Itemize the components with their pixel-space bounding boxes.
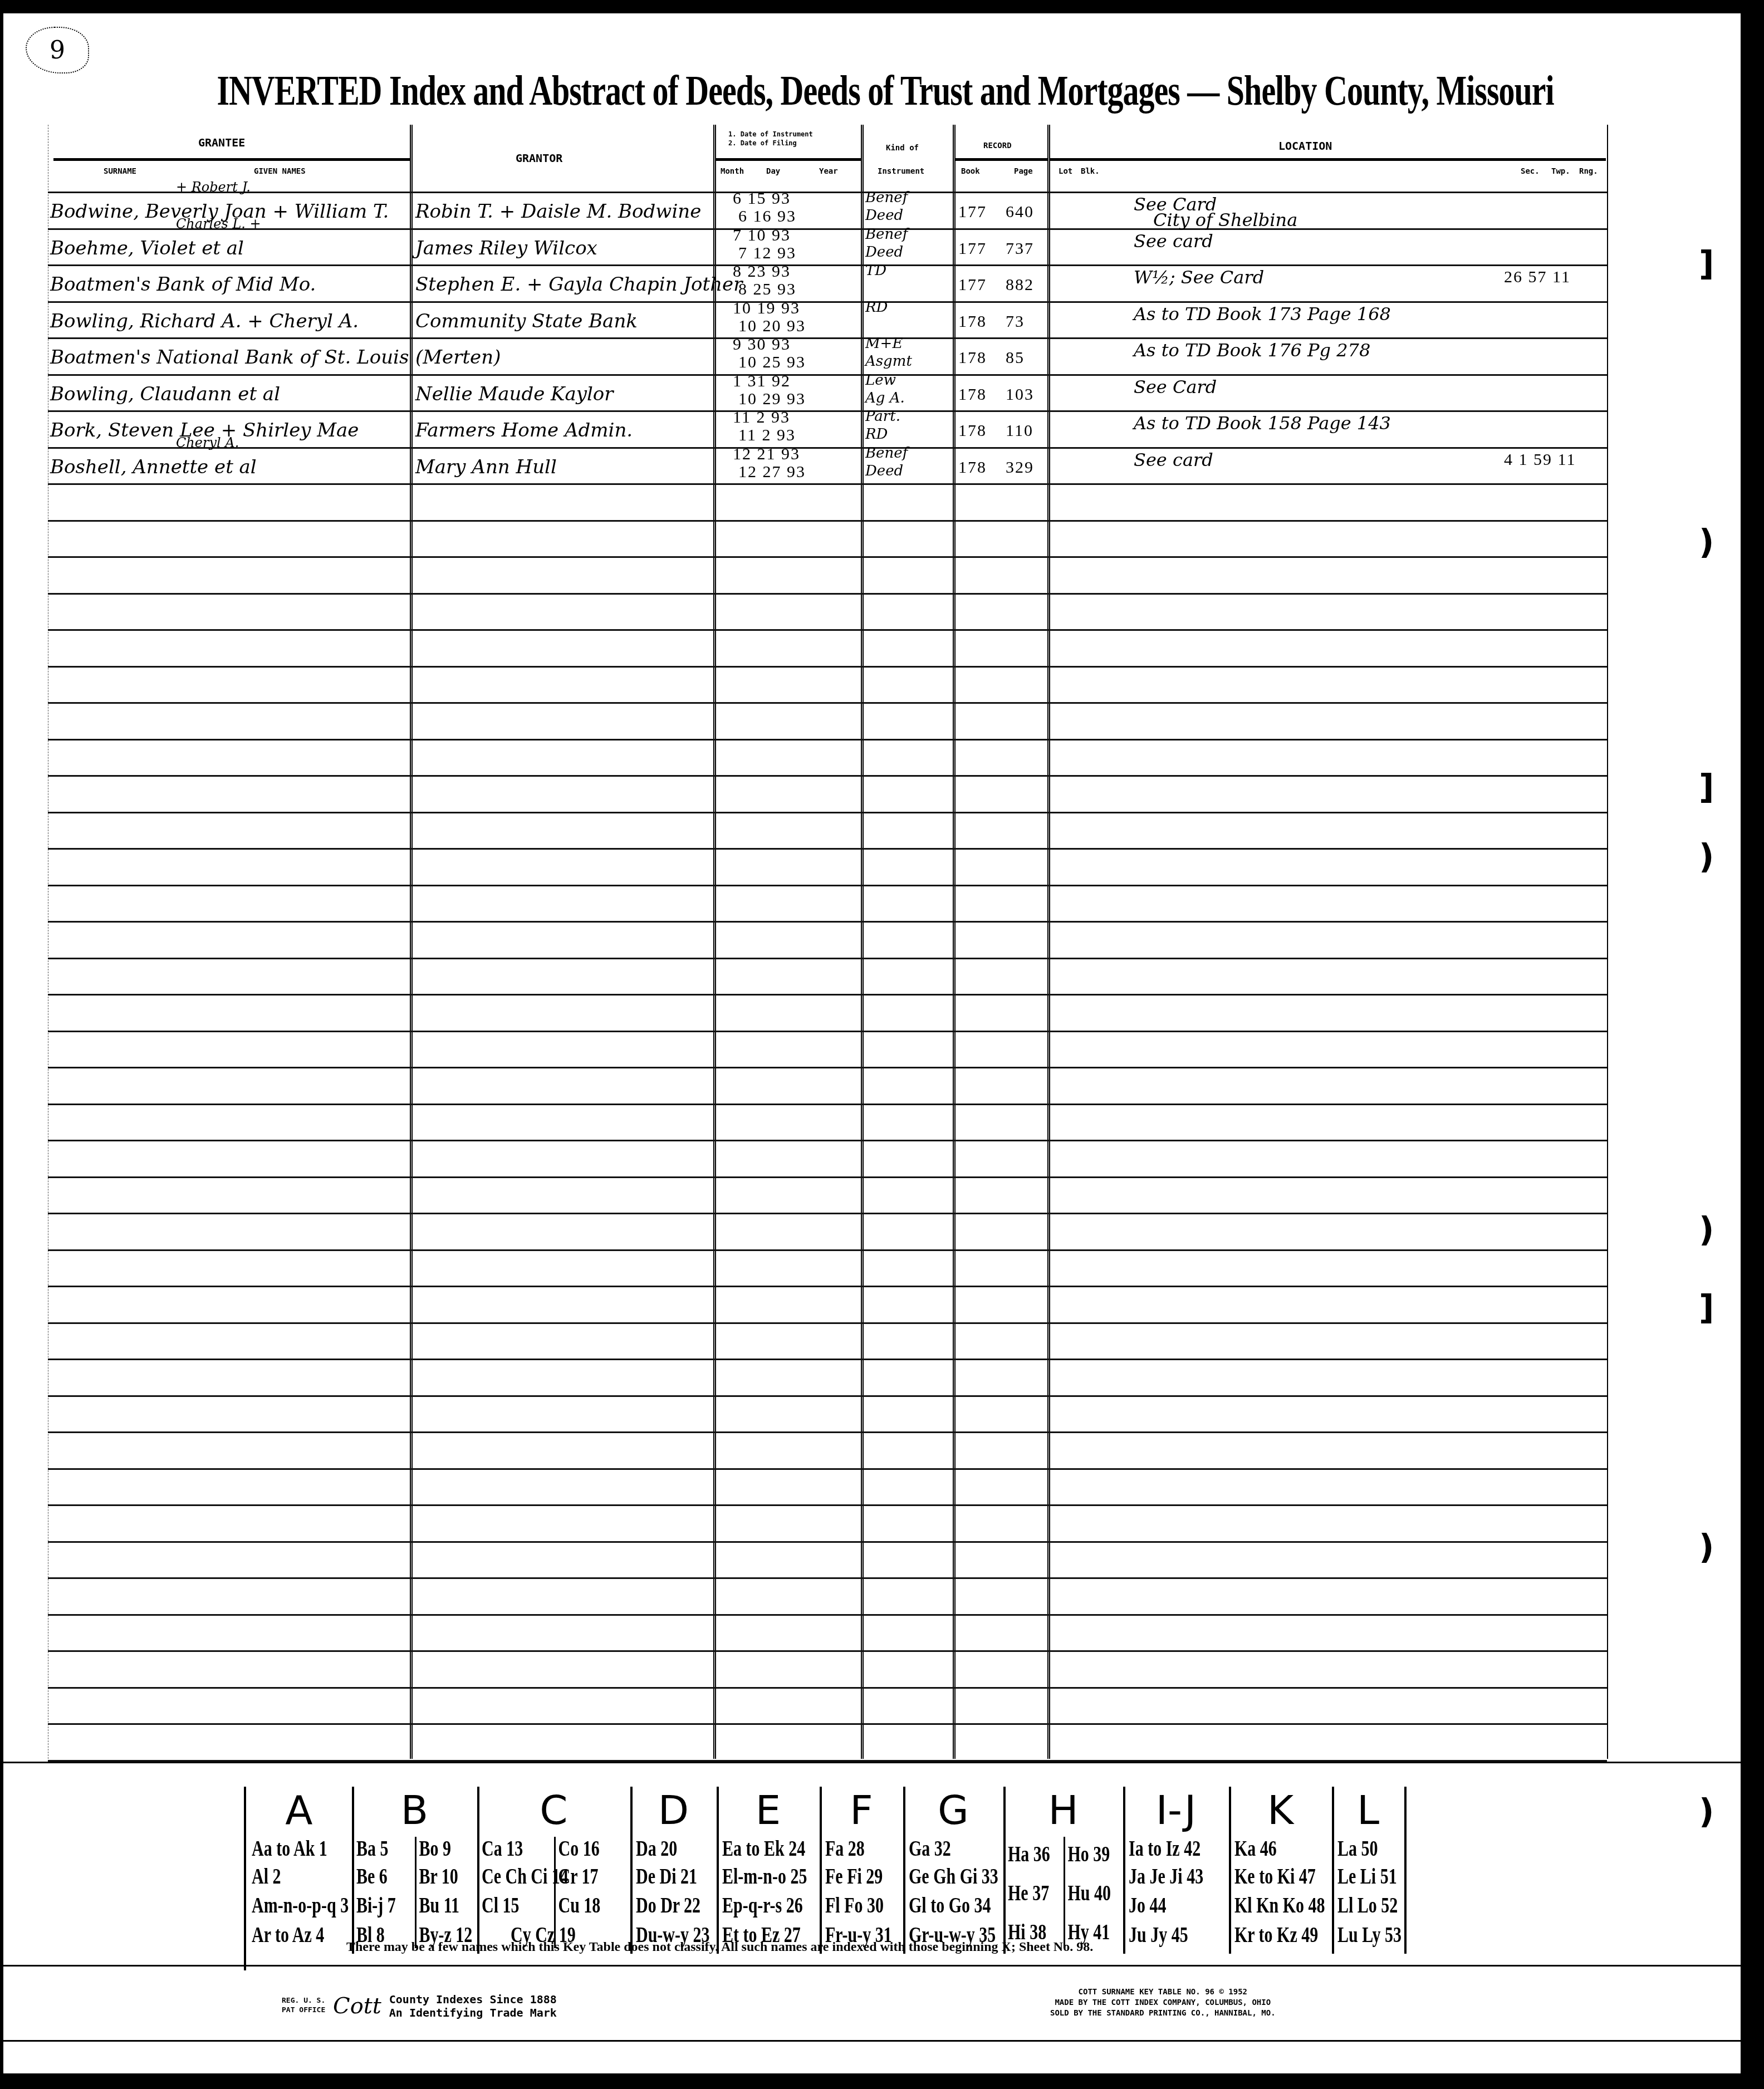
grantee-name: Bowling, Claudann et al (50, 383, 280, 405)
entry-row[interactable]: Cheryl A.Boshell, Annette et alMary Ann … (48, 447, 1607, 484)
margin-paren-mark: ) (1699, 1210, 1714, 1249)
kind-of-instrument-line2: Asgmt (865, 353, 912, 370)
location-description: See card (1134, 231, 1213, 252)
key-entry: Ja Je Ji 43 (1129, 1865, 1203, 1889)
row-rule (48, 921, 1607, 923)
key-entry: Lu Ly 53 (1337, 1923, 1402, 1948)
key-entry: Ll Lo 52 (1337, 1894, 1398, 1918)
location-description: As to TD Book 158 Page 143 (1134, 413, 1391, 434)
key-column: GGa 32Ge Gh Gi 33Gl to Go 34Gr-u-w-y 35 (903, 1787, 1006, 1954)
header-date-line2: 2. Date of Filing (728, 139, 797, 147)
publisher-line3: SOLD BY THE STANDARD PRINTING CO., HANNI… (1050, 2008, 1276, 2019)
record-book: 177 (958, 203, 987, 222)
record-page: 85 (1006, 349, 1025, 367)
row-rule (48, 1431, 1607, 1433)
key-entry: Cl 15 (482, 1894, 520, 1918)
key-entry: La 50 (1337, 1837, 1378, 1861)
margin-paren-mark: ) (1699, 837, 1714, 876)
header-grantee: GRANTEE (198, 136, 245, 149)
row-rule (48, 775, 1607, 777)
key-letter: B (352, 1787, 477, 1833)
date-of-instrument: 8 23 93 (733, 262, 791, 281)
record-page: 737 (1006, 239, 1034, 258)
page-bottom-rule (3, 2040, 1741, 2042)
key-entry: Hu 40 (1068, 1881, 1111, 1906)
date-of-filing: 12 27 93 (738, 463, 806, 482)
record-page: 640 (1006, 203, 1034, 222)
key-subdivider (415, 1837, 416, 1948)
key-entry: Ge Gh Gi 33 (909, 1865, 998, 1889)
key-letter: K (1229, 1787, 1332, 1833)
key-letter: E (717, 1787, 820, 1833)
row-rule (48, 1359, 1607, 1360)
margin-paren-mark: ) (1699, 1792, 1714, 1831)
key-entry: Ju Jy 45 (1129, 1923, 1188, 1948)
grantee-header-rule (53, 158, 410, 161)
trademark-line2: An Identifying Trade Mark (389, 2006, 557, 2019)
location-description: W½; See Card (1134, 267, 1264, 288)
ledger-table: GRANTEE SURNAME GIVEN NAMES GRANTOR 1. D… (48, 125, 1607, 1759)
key-entry: Bo 9 (419, 1837, 452, 1861)
header-grantor: GRANTOR (516, 151, 562, 165)
row-rule (48, 1322, 1607, 1324)
key-table-note: There may be a few names which this Key … (346, 1940, 1093, 1955)
row-rule (48, 885, 1607, 886)
grantor-name: Stephen E. + Gayla Chapin Jother (415, 273, 742, 296)
row-rule (48, 593, 1607, 595)
kind-of-instrument: RD (865, 299, 888, 316)
key-entry: Aa to Ak 1 (252, 1837, 327, 1861)
date-of-instrument: 7 10 93 (733, 226, 791, 245)
key-column: DDa 20De Di 21Do Dr 22Du-w-y 23 (630, 1787, 719, 1954)
key-entry: Ho 39 (1068, 1842, 1110, 1867)
grantor-name: (Merten) (415, 346, 501, 369)
row-rule (48, 1176, 1607, 1178)
reg-line1: REG. U. S. (282, 1997, 325, 2005)
key-entry: Kr to Kz 49 (1234, 1923, 1318, 1948)
key-column: LLa 50Le Li 51Ll Lo 52Lu Ly 53 (1332, 1787, 1407, 1954)
row-rule (48, 1249, 1607, 1251)
date-of-instrument: 10 19 93 (733, 299, 800, 318)
key-entry: Bu 11 (419, 1894, 460, 1918)
row-rule (48, 1577, 1607, 1579)
key-entry: Ca 13 (482, 1837, 523, 1861)
grantor-name: Community State Bank (415, 310, 638, 332)
date-of-instrument: 1 31 92 (733, 372, 791, 391)
row-rule (48, 1614, 1607, 1616)
key-entry: Fl Fo 30 (825, 1894, 884, 1918)
reg-line2: PAT OFFICE (282, 2006, 325, 2014)
key-column: I-JIa to Iz 42Ja Je Ji 43Jo 44Ju Jy 45 (1123, 1787, 1231, 1954)
margin-bracket-mark: ] (1699, 244, 1714, 283)
kind-of-instrument: Benef (865, 189, 908, 206)
header-month: Month (721, 167, 744, 176)
date-of-instrument: 9 30 93 (733, 335, 791, 354)
publisher-line1: COTT SURNAME KEY TABLE NO. 96 © 1952 (1050, 1987, 1276, 1998)
record-book: 177 (958, 239, 987, 258)
header-record: RECORD (983, 141, 1012, 150)
key-entry: Ha 36 (1008, 1842, 1050, 1867)
row-rule (48, 1031, 1607, 1032)
key-entry: Ea to Ek 24 (722, 1837, 805, 1861)
scan-edge-right (1742, 0, 1764, 2089)
key-column: AAa to Ak 1Al 2Am-n-o-p-q 3Ar to Az 4 (246, 1787, 354, 1954)
kind-of-instrument: Part. (865, 408, 900, 425)
border-right (1607, 125, 1608, 1759)
key-entry: Ia to Iz 42 (1129, 1837, 1200, 1861)
key-entry: Fe Fi 29 (825, 1865, 883, 1889)
key-column: KKa 46Ke to Ki 47Kl Kn Ko 48Kr to Kz 49 (1229, 1787, 1334, 1954)
row-rule (48, 1213, 1607, 1214)
entry-row[interactable]: Bowling, Richard A. + Cheryl A.Community… (48, 301, 1607, 338)
trademark-line1: County Indexes Since 1888 (389, 1993, 557, 2006)
record-book: 178 (958, 421, 987, 440)
header-sec: Sec. (1521, 167, 1540, 176)
key-entry: Ba 5 (356, 1837, 389, 1861)
key-column: CCa 13Ce Ch Ci 14Cl 15Co 16Cr 17Cu 18Cy … (477, 1787, 633, 1954)
key-column: HHa 36He 37Hi 38Ho 39Hu 40Hy 41 (1003, 1787, 1125, 1954)
header-year: Year (819, 167, 838, 176)
key-entry: Le Li 51 (1337, 1865, 1397, 1889)
header-day: Day (766, 167, 780, 176)
header-book: Book (961, 167, 980, 176)
surname-key-table: AAa to Ak 1Al 2Am-n-o-p-q 3Ar to Az 4BBa… (244, 1787, 1404, 1970)
key-entry: De Di 21 (636, 1865, 697, 1889)
row-rule (48, 1286, 1607, 1287)
date-of-filing: 6 16 93 (738, 207, 796, 226)
kind-of-instrument: M+E (865, 335, 903, 352)
record-book: 178 (958, 385, 987, 404)
row-rule (48, 1140, 1607, 1141)
margin-paren-mark: ) (1699, 523, 1714, 562)
header-rng: Rng. (1579, 167, 1598, 176)
grantor-name: Mary Ann Hull (415, 456, 557, 478)
record-page: 103 (1006, 385, 1034, 404)
grantee-annotation: Charles L. + (176, 216, 261, 232)
key-entry: Br 10 (419, 1865, 458, 1889)
key-entry: Ke to Ki 47 (1234, 1865, 1316, 1889)
key-entry: El-m-n-o 25 (722, 1865, 807, 1889)
row-rule (48, 666, 1607, 668)
date-of-filing: 10 20 93 (738, 317, 806, 336)
key-entry: Do Dr 22 (636, 1894, 700, 1918)
entry-row[interactable]: Charles L. +Boehme, Violet et alJames Ri… (48, 228, 1607, 265)
header-blk: Blk. (1081, 167, 1100, 176)
key-entry: Ga 32 (909, 1837, 951, 1861)
key-letter: I-J (1123, 1787, 1229, 1833)
date-header-rule (715, 158, 861, 161)
row-rule (48, 1650, 1607, 1652)
location-description: See Card (1134, 376, 1217, 398)
record-book: 178 (958, 458, 987, 477)
grantee-annotation: Cheryl A. (176, 435, 239, 450)
row-rule (48, 1687, 1607, 1689)
title-rest: Index and Abstract of Deeds, Deeds of Tr… (389, 67, 1554, 114)
kind-of-instrument-line2: Ag A. (865, 390, 905, 406)
record-book: 178 (958, 349, 987, 367)
key-column: FFa 28Fe Fi 29Fl Fo 30Fr-u-y 31 (820, 1787, 905, 1954)
key-entry: Cr 17 (558, 1865, 599, 1889)
row-rule (48, 556, 1607, 558)
row-rule (48, 1468, 1607, 1470)
row-rule (48, 629, 1607, 631)
key-entry: Be 6 (356, 1865, 388, 1889)
key-entry: Cu 18 (558, 1894, 601, 1918)
entry-row[interactable]: Bowling, Claudann et alNellie Maude Kayl… (48, 374, 1607, 411)
header-page: Page (1014, 167, 1033, 176)
record-book: 178 (958, 312, 987, 331)
margin-bracket-mark: ] (1699, 768, 1714, 807)
date-of-filing: 11 2 93 (738, 426, 796, 445)
location-description: See card (1134, 449, 1213, 470)
grantor-name: Farmers Home Admin. (415, 419, 633, 442)
margin-paren-mark: ) (1699, 1528, 1714, 1567)
page-title: INVERTED Index and Abstract of Deeds, De… (78, 66, 1693, 115)
header-lot: Lot (1059, 167, 1072, 176)
date-of-filing: 10 25 93 (738, 353, 806, 372)
key-letter: D (630, 1787, 717, 1833)
row-rule (48, 1723, 1607, 1725)
grantee-annotation: + Robert J. (176, 179, 251, 195)
record-page: 882 (1006, 276, 1034, 295)
sec-twp-rng: 4 1 59 11 (1504, 450, 1576, 469)
entry-row[interactable]: Boatmen's Bank of Mid Mo.Stephen E. + Ga… (48, 264, 1607, 301)
header-kind-line2: Instrument (878, 167, 924, 176)
sec-twp-rng: 26 57 11 (1504, 268, 1571, 287)
kind-of-instrument: Lew (865, 372, 896, 389)
row-rule (48, 739, 1607, 741)
date-of-filing: 10 29 93 (738, 390, 806, 409)
row-rule (48, 848, 1607, 850)
key-column: BBa 5Be 6Bi-j 7Bl 8Bo 9Br 10Bu 11By-z 12 (352, 1787, 479, 1954)
key-entry: Jo 44 (1129, 1894, 1167, 1918)
kind-of-instrument-line2: RD (865, 426, 888, 443)
table-bottom-rule (3, 1762, 1741, 1763)
kind-of-instrument-line2: Deed (865, 244, 903, 261)
grantor-name: Nellie Maude Kaylor (415, 383, 614, 405)
grantor-name: Robin T. + Daisle M. Bodwine (415, 200, 701, 223)
key-letter: H (1003, 1787, 1123, 1833)
footer-publisher: COTT SURNAME KEY TABLE NO. 96 © 1952 MAD… (1050, 1987, 1276, 2019)
date-of-filing: 7 12 93 (738, 244, 796, 263)
cott-signature-logo: Cott (333, 1993, 381, 2019)
date-of-instrument: 11 2 93 (733, 408, 790, 427)
grantee-name: Boatmen's Bank of Mid Mo. (50, 273, 316, 296)
row-rule (48, 994, 1607, 996)
row-rule (48, 958, 1607, 959)
footer-trademark: REG. U. S. PAT OFFICE Cott County Indexe… (282, 1993, 557, 2019)
entry-row[interactable]: Boatmen's National Bank of St. Louis(Mer… (48, 337, 1607, 374)
key-letter: L (1332, 1787, 1404, 1833)
grantor-name: James Riley Wilcox (415, 237, 597, 259)
key-bottom-rule (3, 1965, 1741, 1967)
location-description: As to TD Book 173 Page 168 (1134, 303, 1391, 325)
key-entry: Ep-q-r-s 26 (722, 1894, 803, 1918)
key-letter: A (246, 1787, 352, 1833)
kind-of-instrument: Benef (865, 226, 908, 243)
header-kind-line1: Kind of (886, 144, 919, 153)
header-date-line1: 1. Date of Instrument (728, 130, 813, 138)
key-entry: Fa 28 (825, 1837, 865, 1861)
index-sheet: 9 INVERTED Index and Abstract of Deeds, … (3, 13, 1741, 2073)
key-column: EEa to Ek 24El-m-n-o 25Ep-q-r-s 26Et to … (717, 1787, 822, 1954)
margin-bracket-mark: ] (1699, 1288, 1714, 1327)
row-rule (48, 702, 1607, 704)
key-entry: He 37 (1008, 1881, 1049, 1906)
title-inverted: INVERTED (217, 67, 381, 114)
key-entry: Da 20 (636, 1837, 677, 1861)
header-given-names: GIVEN NAMES (254, 167, 306, 176)
publisher-line2: MADE BY THE COTT INDEX COMPANY, COLUMBUS… (1050, 1998, 1276, 2008)
record-book: 177 (958, 276, 987, 295)
row-rule (48, 1067, 1607, 1068)
record-page: 329 (1006, 458, 1034, 477)
record-page: 110 (1006, 421, 1033, 440)
key-subdivider (1064, 1837, 1065, 1948)
key-entry: Al 2 (252, 1865, 281, 1889)
date-of-instrument: 12 21 93 (733, 445, 800, 464)
date-of-filing: 8 25 93 (738, 280, 796, 299)
key-entry: Am-n-o-p-q 3 (252, 1894, 349, 1918)
entry-row[interactable]: Bork, Steven Lee + Shirley MaeFarmers Ho… (48, 410, 1607, 447)
header-location: LOCATION (1278, 139, 1332, 153)
key-entry: Kl Kn Ko 48 (1234, 1894, 1325, 1918)
key-entry: Bi-j 7 (356, 1894, 396, 1918)
header-twp: Twp. (1551, 167, 1570, 176)
row-rule (48, 1395, 1607, 1397)
key-entry: Ka 46 (1234, 1837, 1277, 1861)
row-rule (48, 520, 1607, 522)
row-rule (48, 1504, 1607, 1506)
location-description-line2: City of Shelbina (1153, 209, 1297, 231)
row-rule (48, 1104, 1607, 1105)
record-page: 73 (1006, 312, 1025, 331)
key-letter: F (820, 1787, 903, 1833)
key-entry: Gl to Go 34 (909, 1894, 991, 1918)
kind-of-instrument: Benef (865, 445, 908, 462)
location-header-rule (1049, 158, 1606, 161)
grantee-name: Boatmen's National Bank of St. Louis (50, 346, 409, 369)
grantee-name: Bowling, Richard A. + Cheryl A. (50, 310, 359, 332)
grantee-name: Boehme, Violet et al (50, 237, 244, 259)
row-rule (48, 812, 1607, 813)
row-rule (48, 483, 1607, 485)
date-of-instrument: 6 15 93 (733, 189, 791, 208)
key-letter: C (477, 1787, 630, 1833)
record-header-rule (954, 158, 1047, 161)
key-letter: G (903, 1787, 1003, 1833)
row-rule (48, 1541, 1607, 1543)
key-entry: Ar to Az 4 (252, 1923, 324, 1948)
header-surname: SURNAME (104, 167, 136, 176)
kind-of-instrument-line2: Deed (865, 463, 903, 479)
entry-row[interactable]: + Robert J.Bodwine, Beverly Joan + Willi… (48, 192, 1607, 228)
location-description: As to TD Book 176 Pg 278 (1134, 340, 1370, 361)
grantee-name: Boshell, Annette et al (50, 456, 257, 478)
kind-of-instrument: TD (865, 262, 886, 279)
key-entry: Co 16 (558, 1837, 600, 1861)
kind-of-instrument-line2: Deed (865, 207, 903, 224)
